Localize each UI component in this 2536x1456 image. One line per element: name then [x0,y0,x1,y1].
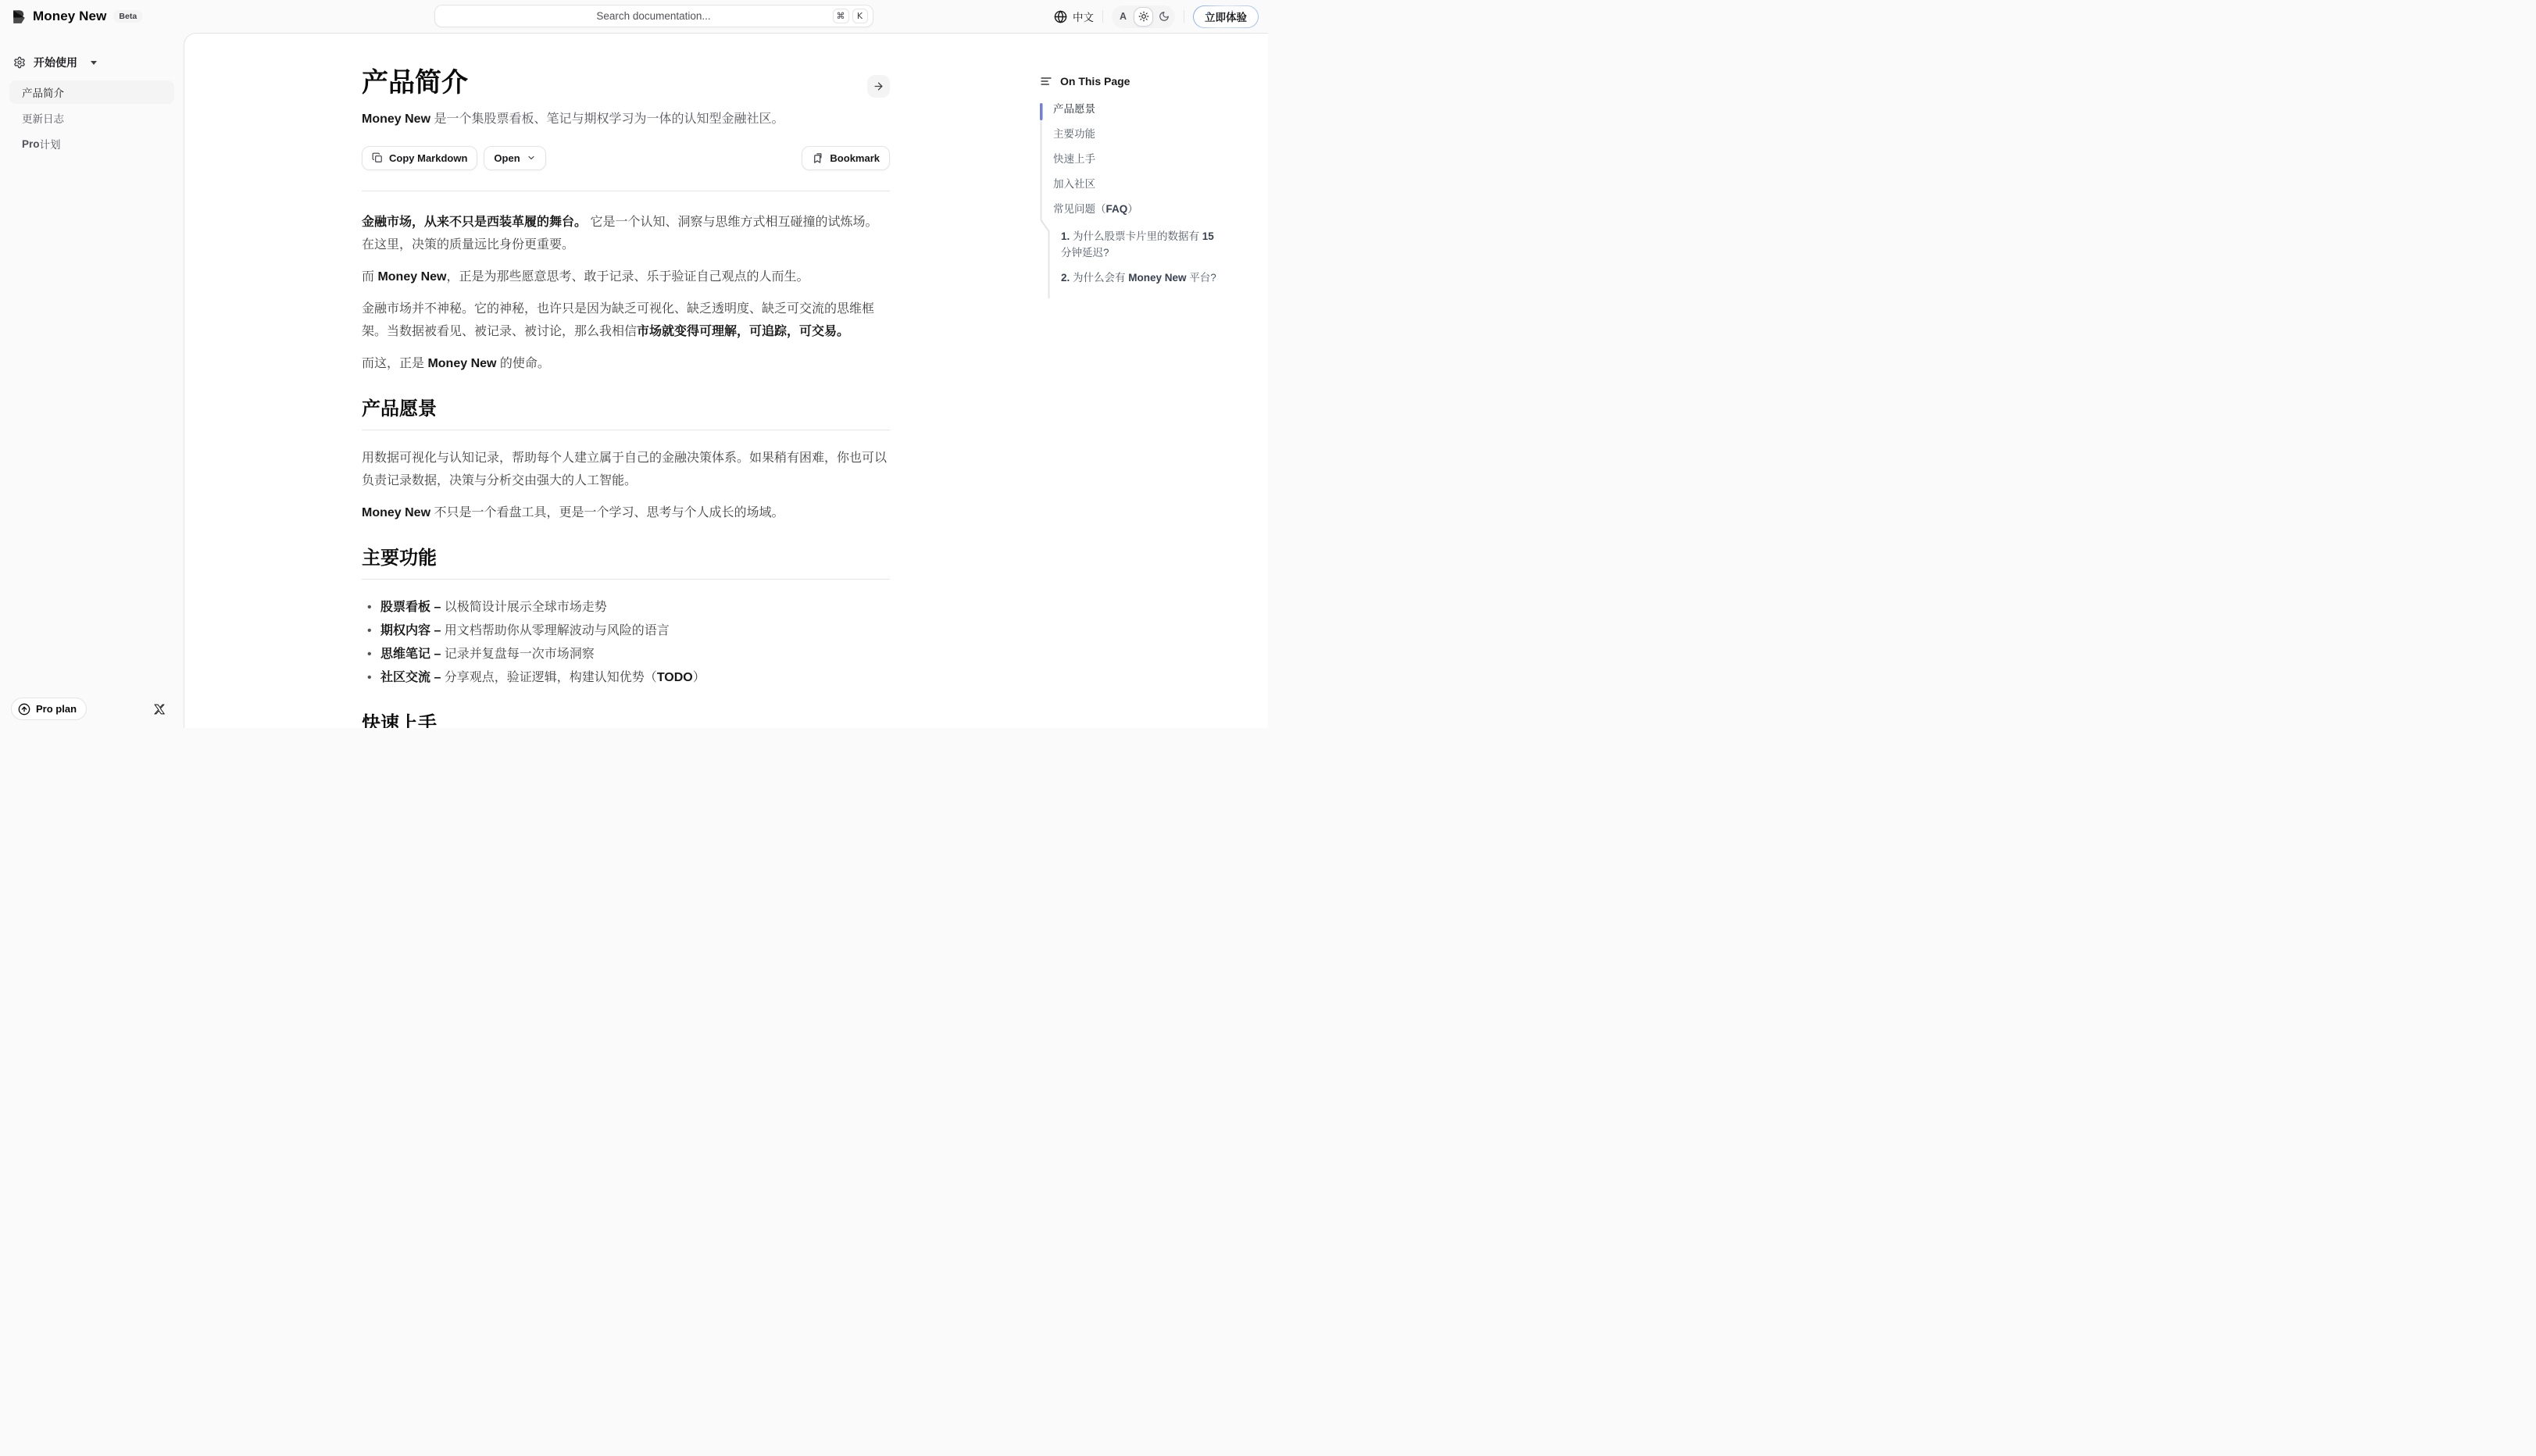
paragraph: 而这，正是 Money New 的使命。 [362,352,890,375]
divider [1102,10,1103,23]
kbd-cmd: ⌘ [833,9,849,23]
sidebar-section-label: 开始使用 [34,55,77,70]
section-heading-vision: 产品愿景 [362,397,890,430]
search-input[interactable]: Search documentation... ⌘ K [434,5,873,27]
sidebar-footer: Pro plan [11,698,165,720]
toc-header: On This Page [1040,75,1226,87]
article-toolbar: Copy Markdown Open Bookmark [362,146,890,170]
navbar-right: 中文 A 立即体验 [1054,0,1259,33]
x-twitter-icon[interactable] [154,704,165,715]
toc-list: 产品愿景 主要功能 快速上手 加入社区 常见问题（FAQ） 1. 为什么股票卡片… [1040,103,1226,286]
beta-badge: Beta [113,10,142,23]
page-title: 产品简介 [362,67,890,99]
list-item: 期权内容 – 用文档帮助你从零理解波动与风险的语言 [362,619,890,643]
copy-icon [372,152,383,163]
sun-icon [1138,11,1149,22]
feature-list: 股票看板 – 以极简设计展示全球市场走势 期权内容 – 用文档帮助你从零理解波动… [362,596,890,690]
pro-plan-label: Pro plan [36,703,77,715]
toc-header-label: On This Page [1060,75,1130,87]
toc-subitem-faq-2[interactable]: 2. 为什么会有 Money New 平台? [1040,269,1216,286]
language-switcher[interactable]: 中文 [1054,9,1094,24]
align-left-icon [1040,75,1052,87]
article: 产品简介 Money New 是一个集股票看板、笔记与期权学习为一体的认知型金融… [362,67,890,728]
toc-subitem-faq-1[interactable]: 1. 为什么股票卡片里的数据有 15 分钟延迟? [1040,228,1216,261]
moon-icon [1159,11,1170,22]
sidebar-section-getting-started[interactable]: 开始使用 [9,55,174,70]
theme-dark-button[interactable] [1154,7,1173,27]
brand[interactable]: Money New Beta [11,0,142,33]
language-label: 中文 [1073,9,1094,24]
toc-item-features[interactable]: 主要功能 [1040,128,1226,141]
sidebar-item-changelog[interactable]: 更新日志 [9,106,174,130]
list-item: 思维笔记 – 记录并复盘每一次市场洞察 [362,643,890,666]
paragraph: Money New 不只是一个看盘工具，更是一个学习、思考与个人成长的场域。 [362,501,890,524]
open-dropdown-button[interactable]: Open [484,146,545,170]
bookmark-label: Bookmark [830,152,880,164]
brand-logo-icon [11,9,26,25]
search-placeholder: Search documentation... [596,10,710,22]
chevron-down-icon [91,61,97,65]
paragraph: 而 Money New，正是为那些愿意思考、敢于记录、乐于验证自己观点的人而生。 [362,266,890,288]
toc-item-quickstart[interactable]: 快速上手 [1040,153,1226,166]
circle-arrow-up-icon [18,703,30,716]
toc-item-vision[interactable]: 产品愿景 [1040,103,1226,116]
divider [1184,10,1184,23]
theme-auto-button[interactable]: A [1113,7,1133,27]
toc-active-indicator [1040,103,1043,120]
open-label: Open [494,152,520,164]
kbd-k: K [852,9,868,23]
globe-icon [1054,10,1067,23]
gear-icon [13,56,26,69]
copy-markdown-button[interactable]: Copy Markdown [362,146,477,170]
brand-name: Money New [33,9,106,24]
sidebar-item-product-intro[interactable]: 产品简介 [9,80,174,104]
paragraph: 金融市场，从来不只是西装革履的舞台。 它是一个认知、洞察与思维方式相互碰撞的试炼… [362,211,890,256]
chevron-down-icon [527,153,536,162]
bookmark-icon [812,152,823,164]
theme-toggle: A [1112,5,1175,28]
copy-markdown-label: Copy Markdown [389,152,467,164]
sidebar-item-pro-plan[interactable]: Pro 计划 [9,132,174,155]
toc-item-community[interactable]: 加入社区 [1040,178,1226,191]
list-item: 股票看板 – 以极简设计展示全球市场走势 [362,596,890,619]
paragraph: 用数据可视化与认知记录，帮助每个人建立属于自己的金融决策体系。如果稍有困难，你也… [362,447,890,492]
toc-panel: On This Page 产品愿景 主要功能 快速上手 加入社区 常见问题（FA… [1040,75,1226,294]
pro-plan-button[interactable]: Pro plan [11,698,87,720]
top-navbar: Money New Beta Search documentation... ⌘… [0,0,1268,33]
article-body: 金融市场，从来不只是西装革履的舞台。 它是一个认知、洞察与思维方式相互碰撞的试炼… [362,211,890,728]
search-shortcut: ⌘ K [833,9,868,23]
section-heading-quickstart: 快速上手 [362,712,890,728]
theme-light-button[interactable] [1134,7,1153,27]
left-sidebar: 开始使用 产品简介 更新日志 Pro 计划 Pro plan [0,33,184,728]
list-item: 社区交流 – 分享观点，验证逻辑，构建认知优势（TODO） [362,666,890,690]
divider [362,191,890,191]
bookmark-button[interactable]: Bookmark [802,146,890,170]
section-heading-features: 主要功能 [362,546,890,580]
page-subtitle: Money New 是一个集股票看板、笔记与期权学习为一体的认知型金融社区。 [362,109,890,130]
arrow-right-icon [873,80,884,92]
try-now-button[interactable]: 立即体验 [1193,5,1259,28]
toc-rail [1040,103,1051,300]
collapse-sidebar-button[interactable] [867,75,890,98]
toc-item-faq[interactable]: 常见问题（FAQ） [1040,203,1226,216]
paragraph: 金融市场并不神秘。它的神秘，也许只是因为缺乏可视化、缺乏透明度、缺乏可交流的思维… [362,298,890,343]
